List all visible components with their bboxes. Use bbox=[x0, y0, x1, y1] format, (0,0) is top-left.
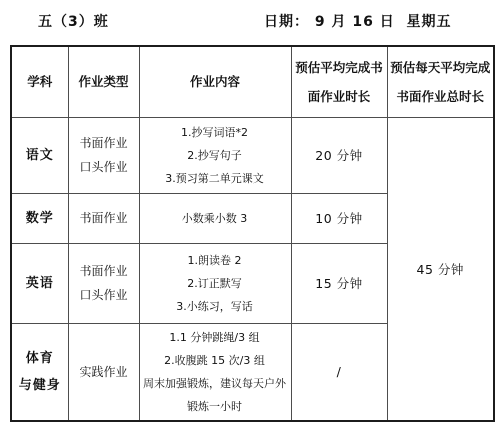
content-cell: 1.朗读卷 2 2.订正默写 3.小练习，写话 bbox=[139, 243, 291, 323]
col-header-total-duration: 预估每天平均完成 书面作业总时长 bbox=[387, 46, 494, 117]
col-header-avg-duration: 预估平均完成书 面作业时长 bbox=[291, 46, 387, 117]
content-cell: 小数乘小数 3 bbox=[139, 193, 291, 243]
homework-sheet: 五（3）班 日期： 9 月 16 日 星期五 学科 作业类型 作业内容 预估平均… bbox=[0, 0, 500, 425]
date-label: 日期： 9 月 16 日 星期五 bbox=[264, 11, 451, 31]
sheet-header: 五（3）班 日期： 9 月 16 日 星期五 bbox=[0, 0, 500, 45]
col-header-subject: 学科 bbox=[11, 46, 68, 117]
type-cell: 书面作业 bbox=[68, 193, 139, 243]
subject-cell: 语文 bbox=[11, 117, 68, 193]
content-cell: 1.抄写词语*2 2.抄写句子 3.预习第二单元课文 bbox=[139, 117, 291, 193]
type-cell: 实践作业 bbox=[68, 323, 139, 421]
table-row-chinese: 语文 书面作业 口头作业 1.抄写词语*2 2.抄写句子 3.预习第二单元课文 … bbox=[11, 117, 494, 193]
col-header-type: 作业类型 bbox=[68, 46, 139, 117]
duration-cell: / bbox=[291, 323, 387, 421]
type-cell: 书面作业 口头作业 bbox=[68, 117, 139, 193]
total-duration-cell: 45 分钟 bbox=[387, 117, 494, 421]
duration-cell: 20 分钟 bbox=[291, 117, 387, 193]
homework-table: 学科 作业类型 作业内容 预估平均完成书 面作业时长 预估每天平均完成 书面作业… bbox=[10, 45, 495, 422]
col-header-content: 作业内容 bbox=[139, 46, 291, 117]
duration-cell: 10 分钟 bbox=[291, 193, 387, 243]
type-cell: 书面作业 口头作业 bbox=[68, 243, 139, 323]
subject-cell: 体育 与健身 bbox=[11, 323, 68, 421]
subject-cell: 数学 bbox=[11, 193, 68, 243]
table-header-row: 学科 作业类型 作业内容 预估平均完成书 面作业时长 预估每天平均完成 书面作业… bbox=[11, 46, 494, 117]
duration-cell: 15 分钟 bbox=[291, 243, 387, 323]
subject-cell: 英语 bbox=[11, 243, 68, 323]
content-cell: 1.1 分钟跳绳/3 组 2.收腹跳 15 次/3 组 周末加强锻炼，建议每天户… bbox=[139, 323, 291, 421]
class-name: 五（3）班 bbox=[38, 11, 109, 31]
